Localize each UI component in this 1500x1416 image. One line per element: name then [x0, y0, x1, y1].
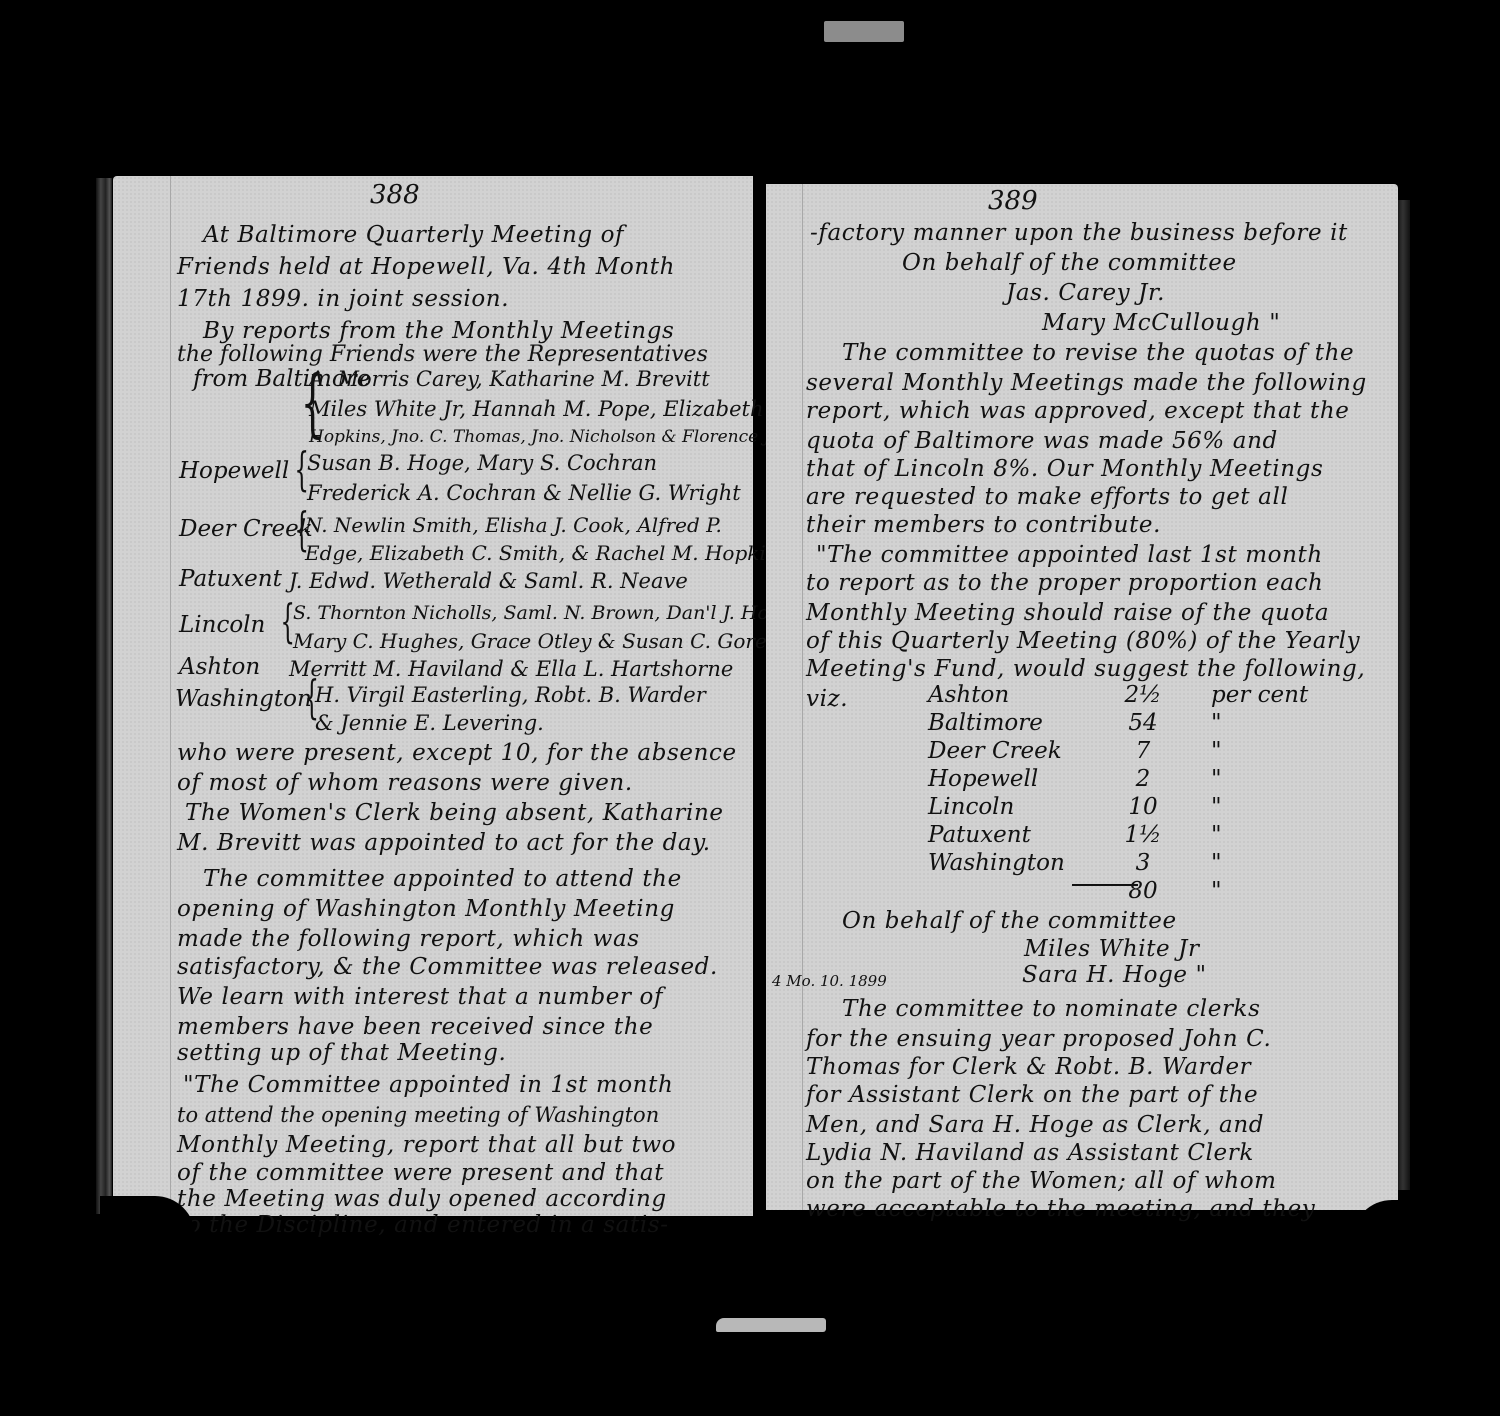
rep-names: Edge, Elizabeth C. Smith, & Rachel M. Ho… [305, 538, 789, 568]
rep-meeting-label: Deer Creek [179, 516, 313, 542]
rep-meeting-label: Washington [175, 686, 312, 712]
body-line: Monthly Meeting, report that all but two [177, 1130, 676, 1160]
body-line: The committee to nominate clerks [842, 994, 1261, 1024]
body-line: their members to contribute. [806, 510, 1161, 540]
signer-name: Mary McCullough " [1042, 308, 1280, 338]
quota-meeting: Ashton [928, 682, 1009, 708]
rep-names: J. Edwd. Wetherald & Saml. R. Neave [289, 566, 688, 596]
quota-meeting: Lincoln [928, 794, 1014, 820]
body-line: "The Committee appointed in 1st month [183, 1070, 673, 1100]
body-line: Meeting's Fund, would suggest the follow… [806, 654, 1365, 684]
quota-value: 2 [1113, 766, 1173, 792]
rep-meeting-label: Patuxent [179, 566, 282, 592]
body-line: Monthly Meeting should raise of the quot… [806, 598, 1329, 628]
body-line: for the ensuing year proposed John C. [806, 1024, 1271, 1054]
quota-value: 10 [1113, 794, 1173, 820]
body-line: to attend the opening meeting of Washing… [177, 1100, 659, 1130]
body-line: We learn with interest that a number of [177, 982, 663, 1012]
body-line: of most of whom reasons were given. [177, 768, 633, 798]
heading-line: At Baltimore Quarterly Meeting of [203, 220, 624, 250]
body-line: report, which was approved, except that … [806, 396, 1350, 426]
body-line: M. Brevitt was appointed to act for the … [177, 828, 711, 858]
rep-meeting-label: Ashton [179, 654, 260, 680]
quota-unit: " [1211, 850, 1222, 876]
quota-value: 2½ [1113, 682, 1173, 708]
body-line: made the following report, which was [177, 924, 640, 954]
heading-line: 17th 1899. in joint session. [177, 284, 509, 314]
signer-name: Jas. Carey Jr. [1006, 278, 1165, 308]
quota-meeting: Patuxent [928, 822, 1031, 848]
quota-unit: " [1211, 738, 1222, 764]
body-line: The committee appointed to attend the [203, 864, 682, 894]
rep-names: Frederick A. Cochran & Nellie G. Wright [307, 478, 741, 508]
quota-meeting: Baltimore [928, 710, 1043, 736]
body-line: for Assistant Clerk on the part of the [806, 1080, 1258, 1110]
rep-names: & Jennie E. Levering. [315, 708, 544, 738]
body-line: Thomas for Clerk & Robt. B. Warder [806, 1052, 1251, 1082]
margin-rule [802, 184, 803, 1210]
rep-names: H. Virgil Easterling, Robt. B. Warder [315, 680, 706, 710]
body-line: -factory manner upon the business before… [810, 218, 1348, 248]
body-line: setting up of that Meeting. [177, 1038, 506, 1068]
body-line: several Monthly Meetings made the follow… [806, 368, 1367, 398]
quota-unit: per cent [1211, 682, 1308, 708]
rep-names: N. Newlin Smith, Elisha J. Cook, Alfred … [305, 510, 722, 540]
quota-value: 7 [1113, 738, 1173, 764]
body-line: are requested to make efforts to get all [806, 482, 1288, 512]
quota-unit: " [1211, 766, 1222, 792]
page-corner-notch [100, 1196, 195, 1256]
quota-unit: " [1211, 794, 1222, 820]
signoff-line: On behalf of the committee [902, 248, 1237, 278]
body-line: Men, and Sara H. Hoge as Clerk, and [806, 1110, 1264, 1140]
body-line: to the Discipline, and entered in a sati… [177, 1210, 669, 1240]
left-page: 388 At Baltimore Quarterly Meeting of Fr… [113, 176, 753, 1216]
rep-names: Susan B. Hoge, Mary S. Cochran [307, 448, 657, 478]
book-binding-left [96, 178, 112, 1214]
rep-names: Miles White Jr, Hannah M. Pope, Elizabet… [309, 394, 784, 424]
rep-meeting-label: Hopewell [179, 458, 289, 484]
quota-meeting: Deer Creek [928, 738, 1062, 764]
signoff-line: On behalf of the committee [842, 906, 1177, 936]
body-line: satisfactory, & the Committee was releas… [177, 952, 718, 982]
margin-rule [170, 176, 171, 1216]
right-page: 389 -factory manner upon the business be… [766, 184, 1398, 1210]
quota-unit: " [1211, 710, 1222, 736]
quota-value: 54 [1113, 710, 1173, 736]
quota-meeting: Washington [928, 850, 1065, 876]
body-line: "The committee appointed last 1st month [816, 540, 1323, 570]
book-binding-right [1396, 200, 1410, 1190]
body-line: who were present, except 10, for the abs… [177, 738, 737, 768]
body-line: of this Quarterly Meeting (80%) of the Y… [806, 626, 1360, 656]
quota-value: 1½ [1113, 822, 1173, 848]
signoff-date: 4 Mo. 10. 1899 [772, 966, 887, 996]
body-line: The Women's Clerk being absent, Katharin… [185, 798, 724, 828]
body-line: opening of Washington Monthly Meeting [177, 894, 675, 924]
heading-line: Friends held at Hopewell, Va. 4th Month [177, 252, 675, 282]
body-line: that of Lincoln 8%. Our Monthly Meetings [806, 454, 1323, 484]
body-line: to report as to the proper proportion ea… [806, 568, 1323, 598]
quota-meeting: Hopewell [928, 766, 1038, 792]
body-line: on the part of the Women; all of whom [806, 1166, 1277, 1196]
body-line: quota of Baltimore was made 56% and [806, 426, 1278, 456]
rep-names: A. Morris Carey, Katharine M. Brevitt [309, 364, 710, 394]
scan-clip-bottom [716, 1318, 826, 1332]
viz-label: viz. [806, 684, 848, 714]
body-line: were acceptable to the meeting, and they [806, 1194, 1315, 1224]
rep-names: S. Thornton Nicholls, Saml. N. Brown, Da… [293, 598, 798, 628]
quota-unit: " [1211, 878, 1222, 904]
body-line: The committee to revise the quotas of th… [842, 338, 1354, 368]
quota-value: 3 [1113, 850, 1173, 876]
rep-names: Mary C. Hughes, Grace Otley & Susan C. G… [293, 626, 767, 656]
quota-unit: " [1211, 822, 1222, 848]
signer-name: Sara H. Hoge " [1022, 960, 1207, 990]
body-line: Lydia N. Haviland as Assistant Clerk [806, 1138, 1254, 1168]
page-number: 389 [988, 186, 1038, 216]
quota-total-value: 80 [1113, 878, 1173, 904]
scan-tab-top [824, 21, 904, 42]
page-number: 388 [370, 180, 420, 210]
rep-meeting-label: Lincoln [179, 612, 265, 638]
